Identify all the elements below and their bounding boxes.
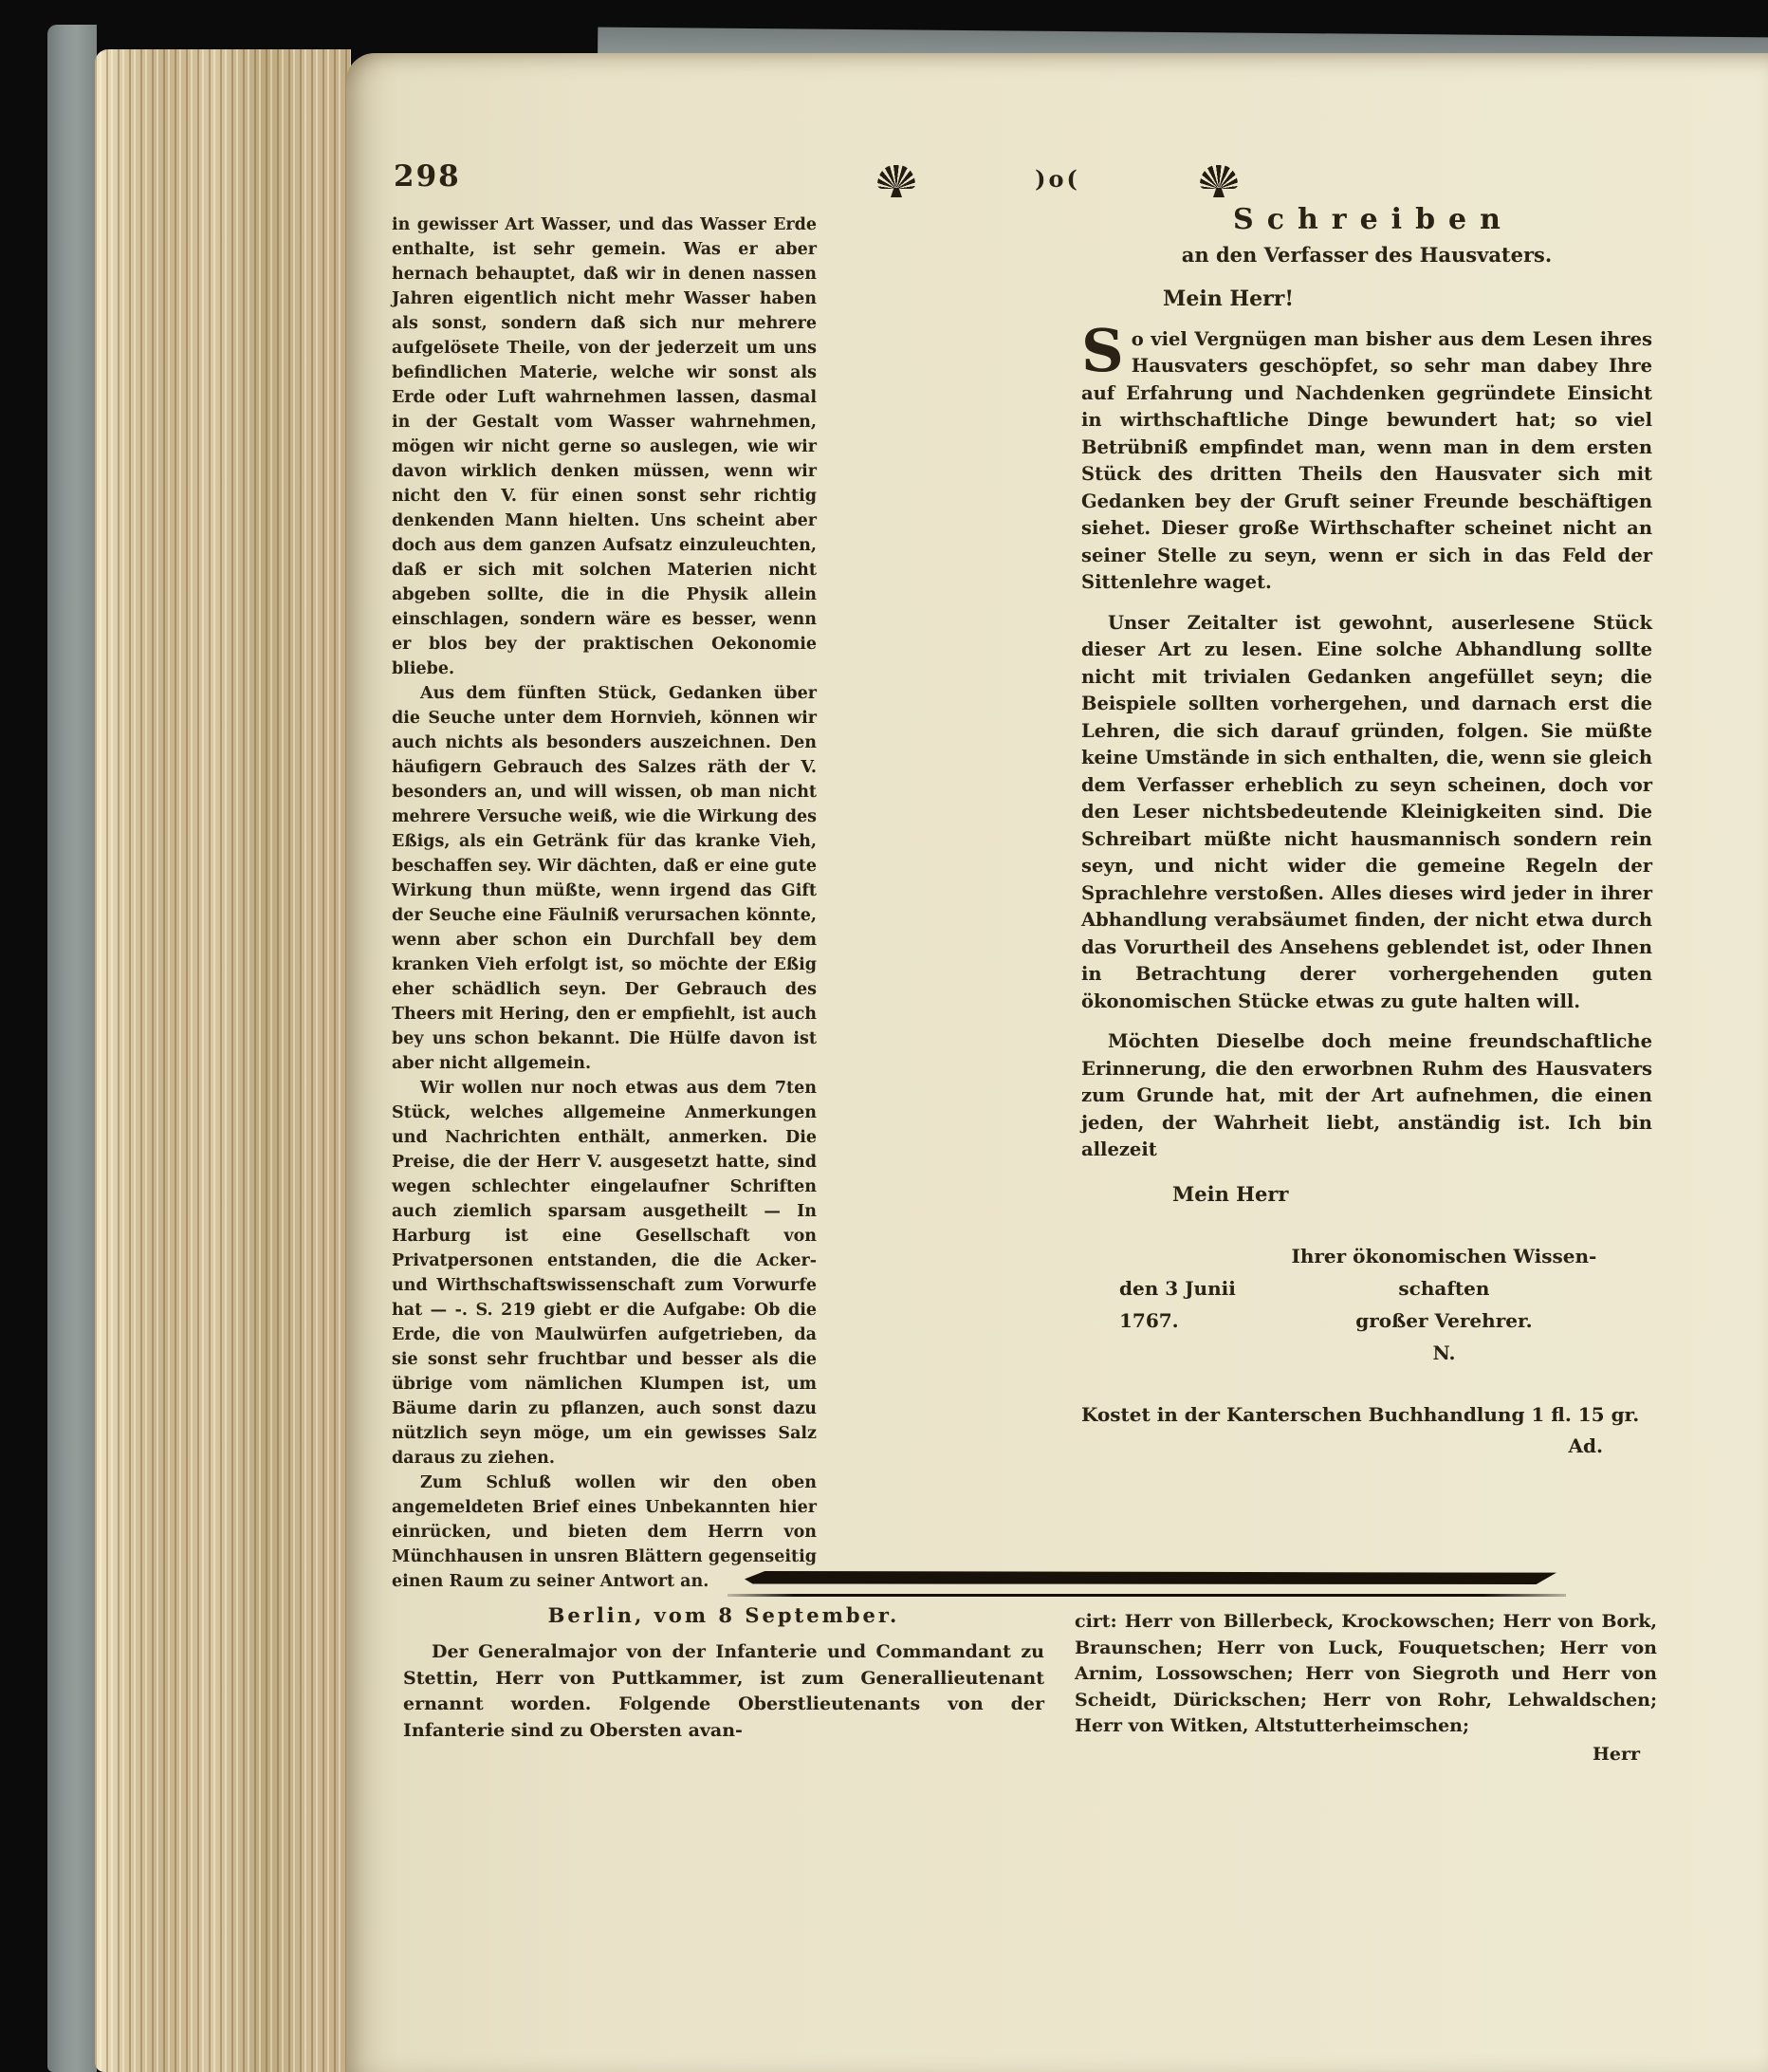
review-paragraph: in gewisser Art Wasser, und das Wasser E… xyxy=(392,213,817,681)
section-divider-rule xyxy=(745,1571,1556,1584)
price-note: Kostet in der Kanterschen Buchhandlung 1… xyxy=(1081,1401,1652,1429)
news-column-right: cirt: Herr von Billerbeck, Krockowschen;… xyxy=(1075,1609,1657,1767)
shell-ornament-left-icon xyxy=(877,165,915,197)
dropcap-initial: S xyxy=(1081,326,1132,372)
shell-ornament-right-icon xyxy=(1200,165,1238,197)
review-paragraph: Wir wollen nur noch etwas aus dem 7ten S… xyxy=(392,1076,817,1471)
letter-paragraph: Unser Zeitalter ist gewohnt, auserlesene… xyxy=(1081,610,1652,1016)
signature-block: den 3 Junii 1767. Ihrer ökonomischen Wis… xyxy=(1081,1240,1652,1369)
letter-signature-line: Ihrer ökonomischen Wissen- xyxy=(1236,1240,1652,1272)
review-paragraph: Zum Schluß wollen wir den oben angemelde… xyxy=(392,1471,817,1594)
review-column: in gewisser Art Wasser, und das Wasser E… xyxy=(392,213,817,1594)
section-divider-rule-thin xyxy=(727,1594,1566,1597)
letter-paragraph-text: o viel Vergnügen man bisher aus dem Lese… xyxy=(1081,328,1652,594)
catchword: Herr xyxy=(1075,1742,1657,1768)
page-number: 298 xyxy=(394,159,461,194)
letter-subtitle: an den Verfasser des Hausvaters. xyxy=(1081,242,1652,269)
letter-signature-line: großer Verehrer. xyxy=(1236,1304,1652,1337)
book-page: 298 )o( in gewisser Art Wasser, und das … xyxy=(346,53,1768,2072)
price-signature: Ad. xyxy=(1081,1433,1652,1460)
news-paragraph: cirt: Herr von Billerbeck, Krockowschen;… xyxy=(1075,1609,1657,1740)
book-cover-left xyxy=(47,25,97,2072)
letter-paragraph: So viel Vergnügen man bisher aus dem Les… xyxy=(1081,326,1652,597)
letter-salutation: Mein Herr! xyxy=(1163,286,1652,313)
letter-closing: Mein Herr xyxy=(1172,1181,1652,1209)
letter-date-line: 1767. xyxy=(1119,1304,1236,1337)
letter-date-line: den 3 Junii xyxy=(1119,1272,1236,1304)
news-heading: Berlin, vom 8 September. xyxy=(403,1603,1044,1627)
header-ornament-row: )o( xyxy=(877,159,1238,203)
letter-paragraph: Möchten Dieselbe doch meine freundschaft… xyxy=(1081,1028,1652,1164)
page-fore-edge-stack xyxy=(95,49,351,2072)
letter-signature: Ihrer ökonomischen Wissen- schaften groß… xyxy=(1236,1240,1652,1369)
letter-signature-line: N. xyxy=(1236,1337,1652,1369)
letter-date: den 3 Junii 1767. xyxy=(1081,1240,1236,1369)
letter-title: Schreiben xyxy=(1081,207,1652,234)
letter-signature-line: schaften xyxy=(1236,1272,1652,1304)
news-column-left: Der Generalmajor von der Infanterie und … xyxy=(403,1639,1044,1744)
letter-column: Schreiben an den Verfasser des Hausvater… xyxy=(1081,207,1652,1478)
review-paragraph: Aus dem fünften Stück, Gedanken über die… xyxy=(392,681,817,1076)
news-paragraph: Der Generalmajor von der Infanterie und … xyxy=(403,1639,1044,1744)
section-mark: )o( xyxy=(1035,165,1080,198)
